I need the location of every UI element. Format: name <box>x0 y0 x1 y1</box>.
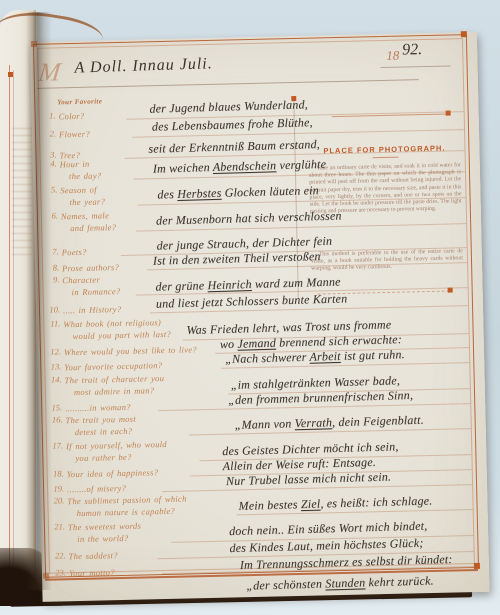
question-label-line: The trait you most <box>65 414 136 426</box>
question-label-line: Color? <box>59 111 85 122</box>
question-label-line: Prose authors? <box>62 262 119 273</box>
question-label: Your idea of happiness? <box>67 466 159 480</box>
question-label-line: ..... in History? <box>63 304 122 315</box>
question-label: Flower? <box>59 128 90 141</box>
printed-year-prefix: 18 <box>386 48 399 64</box>
question-label: What book (not religious)would you part … <box>63 316 171 342</box>
question-label-line: in the world? <box>77 532 141 545</box>
question-label-line: Poets? <box>62 247 87 258</box>
handwritten-answer-line-2: „der schönsten Stunden kehrt zurück. <box>246 573 434 593</box>
question-label-line: and female? <box>70 221 116 234</box>
question-label: Season ofthe year? <box>60 183 105 208</box>
verso-frame-rule <box>9 65 10 570</box>
question-label: Your favorite occupation? <box>64 359 162 373</box>
question-label-line: Season of <box>60 185 97 196</box>
book-gutter-shadow <box>26 12 52 590</box>
question-label: The sweetest wordsin the world? <box>68 520 142 546</box>
question-label-line: most admire in man? <box>74 384 165 398</box>
question-label: The saddest? <box>68 549 117 562</box>
question-label: Characterin Romance? <box>62 273 120 298</box>
question-label-line: Hour in <box>60 159 90 170</box>
photo-instructions-paragraph-2: This method is preferable to the use of … <box>311 248 463 273</box>
question-label-line: human nature is capable? <box>76 505 187 519</box>
question-label-line: ........of misery? <box>67 483 126 494</box>
question-label-line: If not yourself, who would <box>66 439 167 451</box>
question-label-line: in Romance? <box>71 285 120 298</box>
question-label: The trait of character youmost admire in… <box>64 372 164 398</box>
question-label-line: Your motto? <box>69 567 115 578</box>
question-label-line: The saddest? <box>68 550 117 561</box>
question-label-line: Your idea of happiness? <box>67 467 159 479</box>
question-label: Your motto? <box>69 566 115 579</box>
question-label-line: Your favorite occupation? <box>64 360 162 372</box>
question-label-line: Names, male <box>61 210 109 221</box>
frame-corner-square-bottom-right <box>474 563 480 569</box>
question-label-line: detest in each? <box>75 425 137 438</box>
question-label-line: would you part with last? <box>72 328 171 342</box>
question-label: The sublimest passion of whichhuman natu… <box>67 493 187 520</box>
question-label-line: Where would you best like to live? <box>64 344 197 357</box>
question-label: If not yourself, who wouldyou rather be? <box>66 438 167 464</box>
question-label-line: the day? <box>69 169 102 182</box>
your-favorite-caption: Your Favorite <box>57 97 102 106</box>
question-label-line: ..........in woman? <box>65 402 131 413</box>
question-label: Poets? <box>62 246 87 259</box>
question-label: ..... in History? <box>63 303 122 316</box>
question-label-line: Character <box>62 274 100 285</box>
frame-corner-square-top-right <box>461 31 467 37</box>
question-label: The trait you mostdetest in each? <box>65 413 136 439</box>
question-label-line: the year? <box>69 195 105 208</box>
question-label-line: you rather be? <box>75 450 167 464</box>
album-page: M A Doll. Innau Juli. 18 92. Your Favori… <box>30 32 490 602</box>
handwritten-year: 92. <box>402 41 422 59</box>
verso-corner-square <box>8 72 13 77</box>
question-label-line: Flower? <box>59 129 90 140</box>
question-label: Color? <box>58 110 84 123</box>
question-label: Names, maleand female? <box>61 209 117 234</box>
question-label: Hour inthe day? <box>60 157 102 182</box>
photo-instructions-text-1: Take an ordinary carte de visite, and so… <box>309 162 462 215</box>
photo-instructions-text-2: This method is preferable to the use of … <box>311 248 463 272</box>
question-label-line: The sweetest words <box>68 521 141 533</box>
